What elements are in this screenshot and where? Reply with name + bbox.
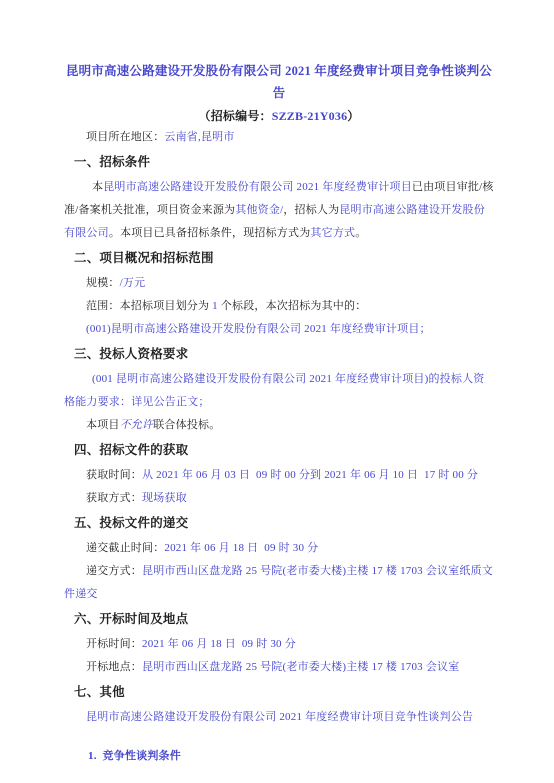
opening-time-value: 2021 年 06 月 18 日 09 时 30 分: [142, 638, 296, 650]
text-run: 本项目: [86, 419, 120, 431]
project-location-line: 项目所在地区：云南省,昆明市: [64, 126, 494, 149]
obtain-time-line: 获取时间：从 2021 年 06 月 03 日 09 时 00 分到 2021 …: [64, 464, 494, 487]
obtain-method-line: 获取方式：现场获取: [64, 487, 494, 510]
negotiation-conditions-line: 1. 竞争性谈判条件: [64, 745, 494, 768]
obtain-time-value: 从 2021 年 06 月 03 日 09 时 00 分到 2021 年 06 …: [142, 469, 478, 481]
obtain-method-label: 获取方式：: [86, 492, 142, 504]
section-heading-4: 四、招标文件的获取: [64, 439, 494, 462]
obtain-time-label: 获取时间：: [86, 469, 142, 481]
qualification-value: (001 昆明市高速公路建设开发股份有限公司 2021 年度经费审计项目)的投标…: [64, 373, 484, 408]
text-run: 联合体投标。: [153, 419, 220, 431]
announcement-notice-link[interactable]: 昆明市高速公路建设开发股份有限公司 2021 年度经费审计项目竞争性谈判公告: [86, 711, 473, 723]
opening-time-label: 开标时间：: [86, 638, 142, 650]
submission-deadline-line: 递交截止时间：2021 年 06 月 18 日 09 时 30 分: [64, 537, 494, 560]
text-run: ，招标人为: [283, 204, 339, 216]
range-line: 范围：本招标项目划分为 1 个标段，本次招标为其中的：: [64, 295, 494, 318]
location-label: 项目所在地区：: [86, 131, 164, 143]
scale-value: /万元: [120, 277, 146, 289]
negotiation-conditions-link[interactable]: 1. 竞争性谈判条件: [88, 750, 181, 762]
tender-method-value: 其它方式: [310, 227, 355, 239]
section-heading-7: 七、其他: [64, 681, 494, 704]
qualification-paragraph: (001 昆明市高速公路建设开发股份有限公司 2021 年度经费审计项目)的投标…: [64, 368, 494, 414]
location-value: 云南省,昆明市: [164, 131, 234, 143]
text-run: 本: [92, 181, 103, 193]
text-run: 范围：本招标项目划分为: [86, 300, 212, 312]
announcement-page: 昆明市高速公路建设开发股份有限公司 2021 年度经费审计项目竞争性谈判公告 （…: [0, 0, 554, 783]
text-run: 。: [355, 227, 366, 239]
section-heading-2: 二、项目概况和招标范围: [64, 247, 494, 270]
scale-label: 规模：: [86, 277, 120, 289]
ref-number: SZZB-21Y036: [272, 109, 348, 123]
fund-source-value: 其他资金/: [235, 204, 283, 216]
page-title: 昆明市高速公路建设开发股份有限公司 2021 年度经费审计项目竞争性谈判公告: [64, 60, 494, 104]
submission-deadline-label: 递交截止时间：: [86, 542, 164, 554]
opening-time-line: 开标时间：2021 年 06 月 18 日 09 时 30 分: [64, 633, 494, 656]
project-name-value: 昆明市高速公路建设开发股份有限公司 2021 年度经费审计项目: [103, 181, 412, 193]
text-run: 。本项目已具备招标条件，现招标方式为: [109, 227, 311, 239]
consortium-line: 本项目不允许联合体投标。: [64, 414, 494, 437]
other-notice-line: 昆明市高速公路建设开发股份有限公司 2021 年度经费审计项目竞争性谈判公告: [64, 706, 494, 729]
submission-method-line: 递交方式：昆明市西山区盘龙路 25 号院(老市委大楼)主楼 17 楼 1703 …: [64, 560, 494, 606]
scale-line: 规模：/万元: [64, 272, 494, 295]
text-run: 个标段，本次招标为其中的：: [218, 300, 367, 312]
ref-suffix: ）: [347, 109, 359, 123]
section-heading-5: 五、投标文件的递交: [64, 512, 494, 535]
opening-place-label: 开标地点：: [86, 661, 142, 673]
tender-reference: （招标编号：SZZB-21Y036）: [64, 106, 494, 126]
section-heading-6: 六、开标时间及地点: [64, 608, 494, 631]
tender-conditions-paragraph: 本昆明市高速公路建设开发股份有限公司 2021 年度经费审计项目已由项目审批/核…: [64, 176, 494, 245]
ref-prefix: （招标编号：: [199, 109, 272, 123]
obtain-method-value: 现场获取: [142, 492, 187, 504]
opening-place-line: 开标地点：昆明市西山区盘龙路 25 号院(老市委大楼)主楼 17 楼 1703 …: [64, 656, 494, 679]
lot-name-value: (001)昆明市高速公路建设开发股份有限公司 2021 年度经费审计项目；: [86, 323, 431, 335]
lot-line: (001)昆明市高速公路建设开发股份有限公司 2021 年度经费审计项目；: [64, 318, 494, 341]
submission-method-label: 递交方式：: [86, 565, 142, 577]
submission-deadline-value: 2021 年 06 月 18 日 09 时 30 分: [164, 542, 318, 554]
opening-place-value: 昆明市西山区盘龙路 25 号院(老市委大楼)主楼 17 楼 1703 会议室: [142, 661, 459, 673]
section-heading-1: 一、招标条件: [64, 151, 494, 174]
consortium-not-allowed-value: 不允许: [120, 419, 154, 431]
section-heading-3: 三、投标人资格要求: [64, 343, 494, 366]
